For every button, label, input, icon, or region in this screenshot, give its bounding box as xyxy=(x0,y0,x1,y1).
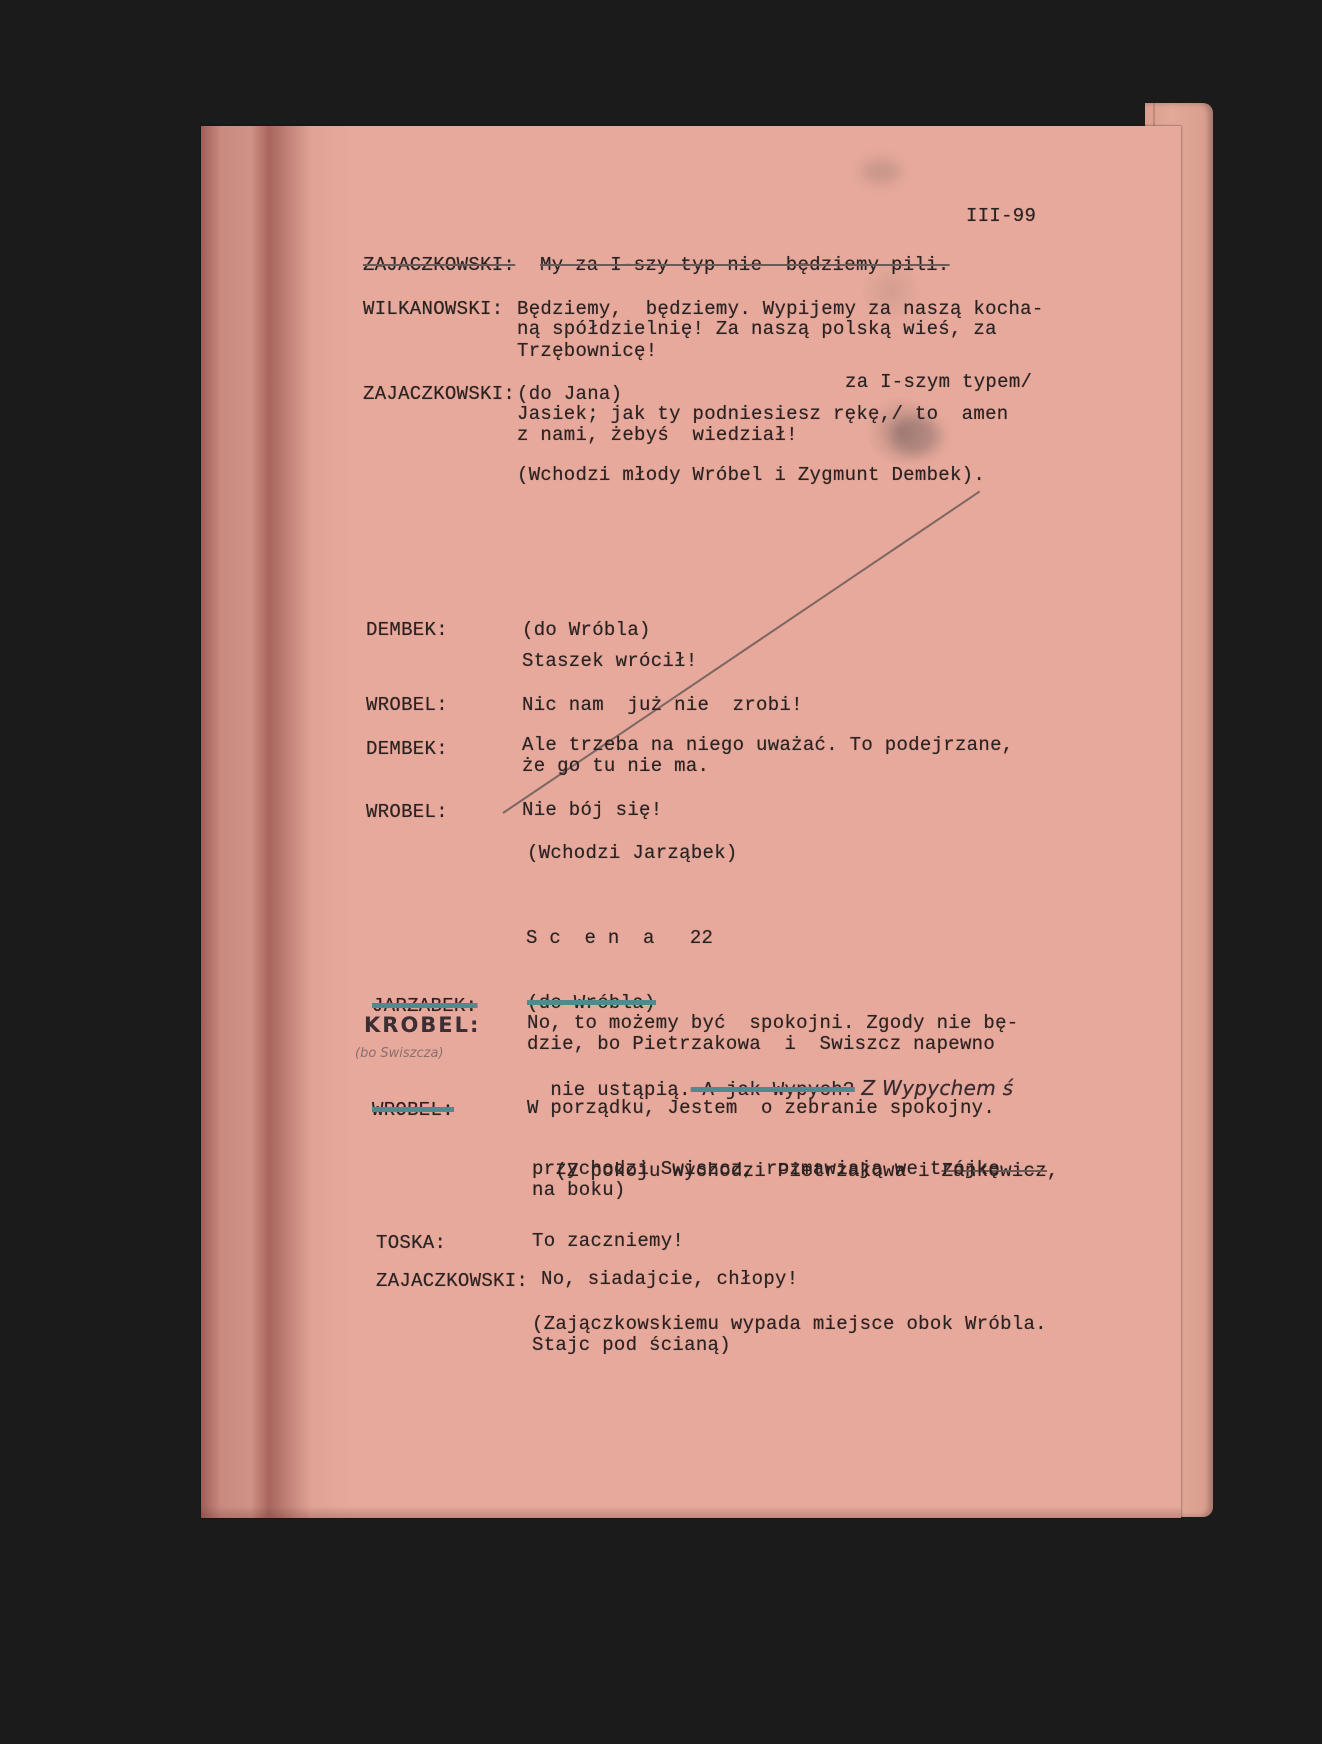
dialogue-line: Nie bój się! xyxy=(522,799,662,822)
direction-text: , xyxy=(1047,1160,1059,1182)
stage-direction: Stajc pod ścianą) xyxy=(532,1334,731,1357)
ink-smudge xyxy=(861,159,901,184)
dialogue-line: Staszek wrócił! xyxy=(522,650,698,673)
speaker-label: WROBEL: xyxy=(366,801,448,824)
stage-direction: przychodzi Swiszcz, rozmawiają we trójkę xyxy=(532,1158,1000,1181)
speaker-label: DEMBEK: xyxy=(366,619,448,642)
dialogue-line: W porządku, Jestem o zebranie spokojny. xyxy=(527,1097,995,1120)
dialogue-line: Trzębownicę! xyxy=(517,340,657,363)
dialogue-line: z nami, żebyś wiedział! xyxy=(517,424,798,447)
dialogue-line: Nic nam już nie zrobi! xyxy=(522,694,803,717)
scene-heading: S c e n a 22 xyxy=(526,927,713,950)
dialogue-line: Jasiek; jak ty podniesiesz rękę,/ to ame… xyxy=(517,403,1008,426)
speaker-label: WILKANOWSKI: xyxy=(363,298,503,321)
stage-direction: (Wchodzi młody Wróbel i Zygmunt Dembek). xyxy=(517,464,985,487)
dialogue-line: ną spółdzielnię! Za naszą polską wieś, z… xyxy=(517,318,997,341)
dialogue-line: Ale trzeba na niego uważać. To podejrzan… xyxy=(522,734,1013,757)
speaker-label-struck: WROBEL: xyxy=(372,1099,454,1122)
typed-insertion: za I-szym typem/ xyxy=(845,371,1032,394)
page-shadow xyxy=(201,1506,1181,1518)
handwritten-speaker: KROBEL: xyxy=(364,1013,480,1037)
speaker-label: DEMBEK: xyxy=(366,738,448,761)
stage-direction: (Zajączkowskiemu wypada miejsce obok Wró… xyxy=(532,1313,1047,1336)
speaker-label: TOSKA: xyxy=(376,1232,446,1255)
dialogue-line: My za I-szy typ nie będziemy pili. xyxy=(540,254,950,277)
dialogue-line: że go tu nie ma. xyxy=(522,755,709,778)
stage-direction: (Wchodzi Jarząbek) xyxy=(527,842,738,865)
dialogue-line: No, to możemy być spokojni. Zgody nie bę… xyxy=(527,1012,1018,1035)
handwritten-margin-note: (bo Swiszcza) xyxy=(355,1046,444,1061)
speaker-label: WROBEL: xyxy=(366,694,448,717)
dialogue-line: No, siadajcie, chłopy! xyxy=(541,1268,798,1291)
speaker-label: ZAJACZKOWSKI: xyxy=(363,254,515,277)
dialogue-line: dzie, bo Pietrzakowa i Swiszcz napewno xyxy=(527,1033,995,1056)
page-number: III-99 xyxy=(966,205,1036,228)
speaker-label: ZAJACZKOWSKI: xyxy=(363,383,515,406)
stage-direction: na boku) xyxy=(532,1179,626,1202)
dialogue-line: To zaczniemy! xyxy=(532,1230,684,1253)
dialogue-line: nie ustąpią. A jak Wypych? Z Wypychem ś xyxy=(527,1054,1013,1102)
speaker-label: ZAJACZKOWSKI: xyxy=(376,1270,528,1293)
stage-direction: (do Wróbla) xyxy=(522,619,651,642)
